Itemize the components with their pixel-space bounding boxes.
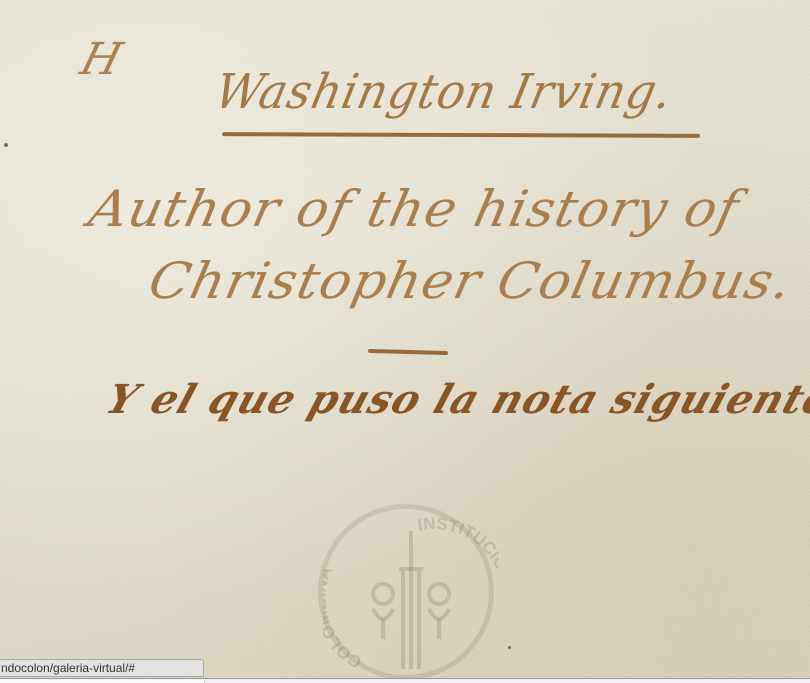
- handwritten-line-2: Christopher Columbus.: [144, 252, 797, 310]
- manuscript-image: H Washington Irving. Author of the histo…: [0, 0, 810, 683]
- spanish-note: Y el que puso la nota siguiente: [100, 376, 810, 423]
- seal-left-text: COLOMBINA: [323, 564, 365, 672]
- handwritten-title: Washington Irving.: [210, 64, 678, 120]
- browser-status-bar-url: ndocolon/galeria-virtual/#: [0, 659, 204, 677]
- seal-emblem-icon: COLOMBINA INSTITUCION: [323, 509, 499, 683]
- ink-speck: [4, 143, 8, 147]
- ink-speck: [508, 646, 511, 649]
- browser-bottom-edge: [0, 678, 810, 683]
- handwritten-line-1: Author of the history of: [84, 180, 745, 238]
- library-seal-stamp: COLOMBINA INSTITUCION: [318, 504, 494, 680]
- seal-right-text: INSTITUCION: [416, 514, 499, 585]
